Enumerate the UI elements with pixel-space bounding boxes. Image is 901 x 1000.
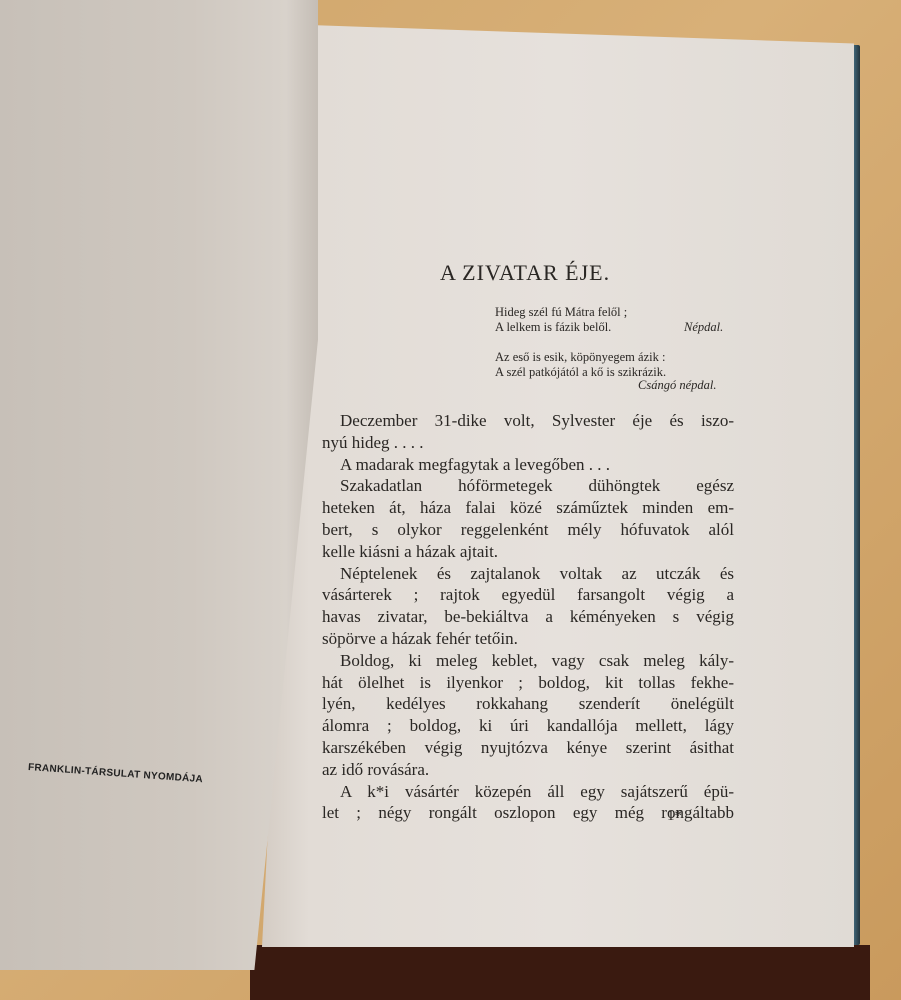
text-line: bert, s olykor reggelenként mély hófuvat… — [322, 519, 734, 541]
epigraph-line: Az eső is esik, köpönyegem ázik : — [495, 350, 666, 365]
text-line: kelle kiásni a házak ajtait. — [322, 541, 734, 563]
text-line: hát ölelhet is ilyenkor ; boldog, kit to… — [322, 672, 734, 694]
text-line: az idő rovására. — [322, 759, 734, 781]
epigraph-line: Hideg szél fú Mátra felől ; — [495, 305, 627, 320]
epigraph-2: Az eső is esik, köpönyegem ázik : A szél… — [495, 350, 666, 380]
text-line: nyú hideg . . . . — [322, 432, 734, 454]
text-line: álomra ; boldog, ki úri kandallója melle… — [322, 715, 734, 737]
body-text: Deczember 31-dike volt, Sylvester éje és… — [322, 410, 734, 824]
text-line: vásárterek ; rajtok egyedül farsangolt v… — [322, 584, 734, 606]
text-line: A k*i vásártér közepén áll egy sajátszer… — [322, 781, 734, 803]
page-signature: 1* — [667, 808, 682, 825]
text-line: havas zivatar, be-bekiáltva a kéményeken… — [322, 606, 734, 628]
text-line: Néptelenek és zajtalanok voltak az utczá… — [322, 563, 734, 585]
text-line: Deczember 31-dike volt, Sylvester éje és… — [322, 410, 734, 432]
epigraph-1: Hideg szél fú Mátra felől ; A lelkem is … — [495, 305, 627, 335]
text-line: karszékében végig nyujtózva kénye szerin… — [322, 737, 734, 759]
text-line: söpörve a házak fehér tetőin. — [322, 628, 734, 650]
text-line: lyén, kedélyes rokkahang szenderít önelé… — [322, 693, 734, 715]
text-line: heteken át, háza falai közé száműztek mi… — [322, 497, 734, 519]
text-line: Szakadatlan hóförmetegek dühöngtek egész — [322, 475, 734, 497]
epigraph-attribution: Népdal. — [684, 320, 723, 335]
chapter-title: A ZIVATAR ÉJE. — [440, 260, 610, 286]
epigraph-line: A lelkem is fázik belől. — [495, 320, 627, 335]
right-page-content: A ZIVATAR ÉJE. Hideg szél fú Mátra felől… — [0, 0, 901, 1000]
text-line: A madarak megfagytak a levegőben . . . — [322, 454, 734, 476]
epigraph-attribution: Csángó népdal. — [638, 378, 716, 393]
text-line: Boldog, ki meleg keblet, vagy csak meleg… — [322, 650, 734, 672]
